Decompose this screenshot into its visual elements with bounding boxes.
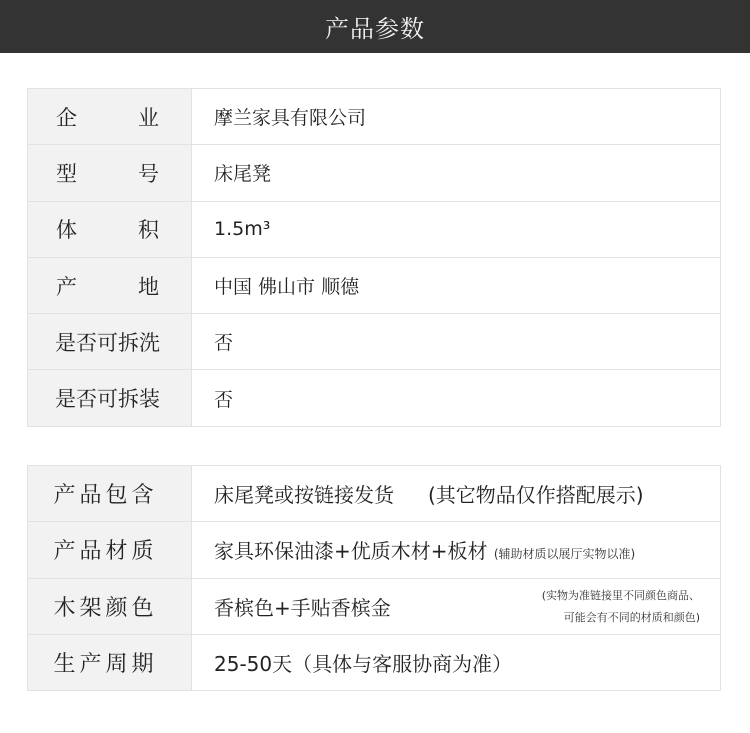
row-label: 型号	[28, 145, 192, 201]
label-char: 型	[56, 158, 77, 188]
origin-value: 中国 佛山市 顺德	[192, 257, 721, 313]
row-label: 生产周期	[28, 634, 192, 690]
page-header: 产品参数	[0, 0, 750, 53]
label-char: 号	[138, 158, 159, 188]
label-text: 木架颜色	[28, 591, 191, 622]
company-value: 摩兰家具有限公司	[192, 89, 721, 145]
material-text: 家具环保油漆+优质木材+板材	[214, 539, 488, 563]
washable-value: 否	[192, 314, 721, 370]
frame-color-note: (实物为准链接里不同颜色商品、 可能会有不同的材质和颜色)	[542, 585, 700, 629]
label-text: 是否可拆装	[28, 383, 191, 413]
package-contents-value: 床尾凳或按链接发货(其它物品仅作搭配展示)	[192, 466, 721, 522]
table-row: 生产周期 25-50天（具体与客服协商为准）	[28, 634, 721, 690]
label-char: 体	[56, 214, 77, 244]
note-line: (实物为准链接里不同颜色商品、	[542, 585, 700, 607]
detail-specs-table: 产品包含 床尾凳或按链接发货(其它物品仅作搭配展示) 产品材质 家具环保油漆+优…	[27, 465, 721, 691]
row-label: 产地	[28, 257, 192, 313]
basic-specs-table: 企业 摩兰家具有限公司 型号 床尾凳 体积 1.5m³ 产地 中国 佛山市 顺德…	[27, 88, 721, 427]
table-row: 木架颜色 香槟色+手贴香槟金 (实物为准链接里不同颜色商品、 可能会有不同的材质…	[28, 578, 721, 634]
material-note: (辅助材质以展厅实物以准)	[494, 547, 635, 561]
label-char: 积	[138, 214, 159, 244]
frame-color-value: 香槟色+手贴香槟金 (实物为准链接里不同颜色商品、 可能会有不同的材质和颜色)	[192, 578, 721, 634]
row-label: 是否可拆洗	[28, 314, 192, 370]
label-char: 业	[138, 102, 159, 132]
table-row: 型号 床尾凳	[28, 145, 721, 201]
model-value: 床尾凳	[192, 145, 721, 201]
table-row: 体积 1.5m³	[28, 201, 721, 257]
label-char: 产	[56, 271, 77, 301]
frame-color-text: 香槟色+手贴香槟金	[214, 596, 391, 620]
label-text: 产品材质	[28, 534, 191, 565]
page-title: 产品参数	[325, 9, 425, 44]
volume-value: 1.5m³	[192, 201, 721, 257]
label-text: 生产周期	[28, 647, 191, 678]
package-contents-text: 床尾凳或按链接发货	[214, 483, 394, 507]
row-label: 木架颜色	[28, 578, 192, 634]
label-char: 地	[138, 271, 159, 301]
label-char: 企	[56, 102, 77, 132]
row-label: 产品包含	[28, 466, 192, 522]
table-row: 产地 中国 佛山市 顺德	[28, 257, 721, 313]
row-label: 体积	[28, 201, 192, 257]
label-text: 产品包含	[28, 478, 191, 509]
production-cycle-value: 25-50天（具体与客服协商为准）	[192, 634, 721, 690]
table-row: 产品包含 床尾凳或按链接发货(其它物品仅作搭配展示)	[28, 466, 721, 522]
table-row: 产品材质 家具环保油漆+优质木材+板材 (辅助材质以展厅实物以准)	[28, 522, 721, 578]
detachable-value: 否	[192, 370, 721, 426]
table-row: 是否可拆洗 否	[28, 314, 721, 370]
note-line: 可能会有不同的材质和颜色)	[542, 607, 700, 629]
label-text: 是否可拆洗	[28, 327, 191, 357]
row-label: 企业	[28, 89, 192, 145]
material-value: 家具环保油漆+优质木材+板材 (辅助材质以展厅实物以准)	[192, 522, 721, 578]
row-label: 是否可拆装	[28, 370, 192, 426]
table-row: 企业 摩兰家具有限公司	[28, 89, 721, 145]
row-label: 产品材质	[28, 522, 192, 578]
package-contents-note: (其它物品仅作搭配展示)	[428, 483, 644, 507]
table-row: 是否可拆装 否	[28, 370, 721, 426]
